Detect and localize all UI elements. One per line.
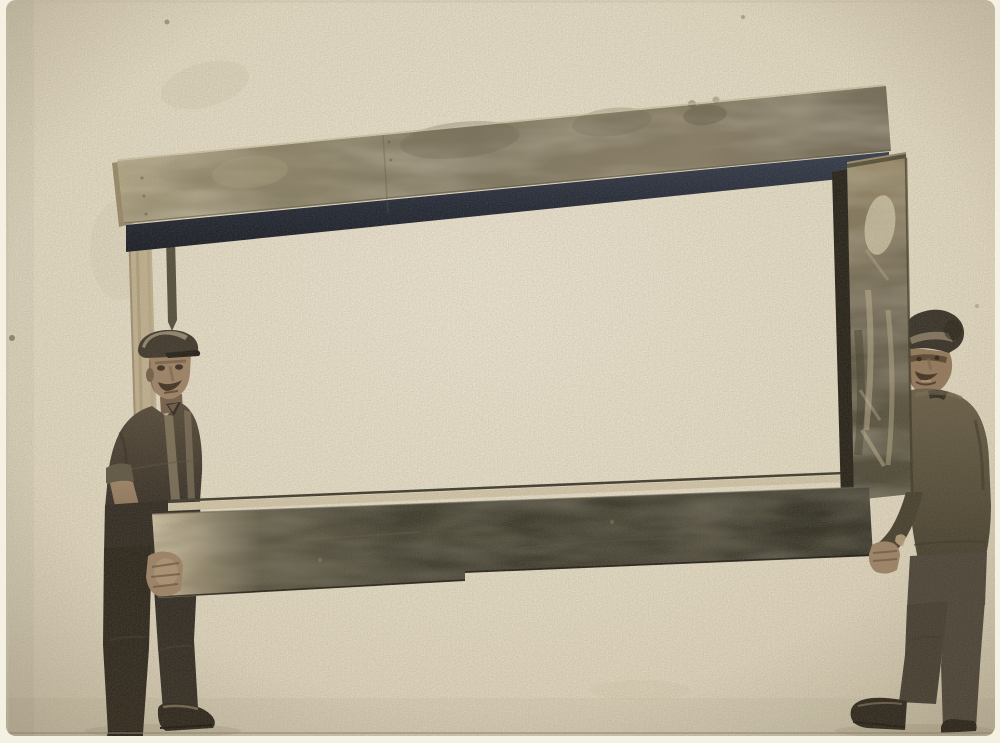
photograph-scan: Two workmen carrying a very large empty … — [0, 0, 1000, 743]
photo-grain — [6, 0, 995, 736]
vintage-photo: Two workmen carrying a very large empty … — [0, 0, 1000, 743]
